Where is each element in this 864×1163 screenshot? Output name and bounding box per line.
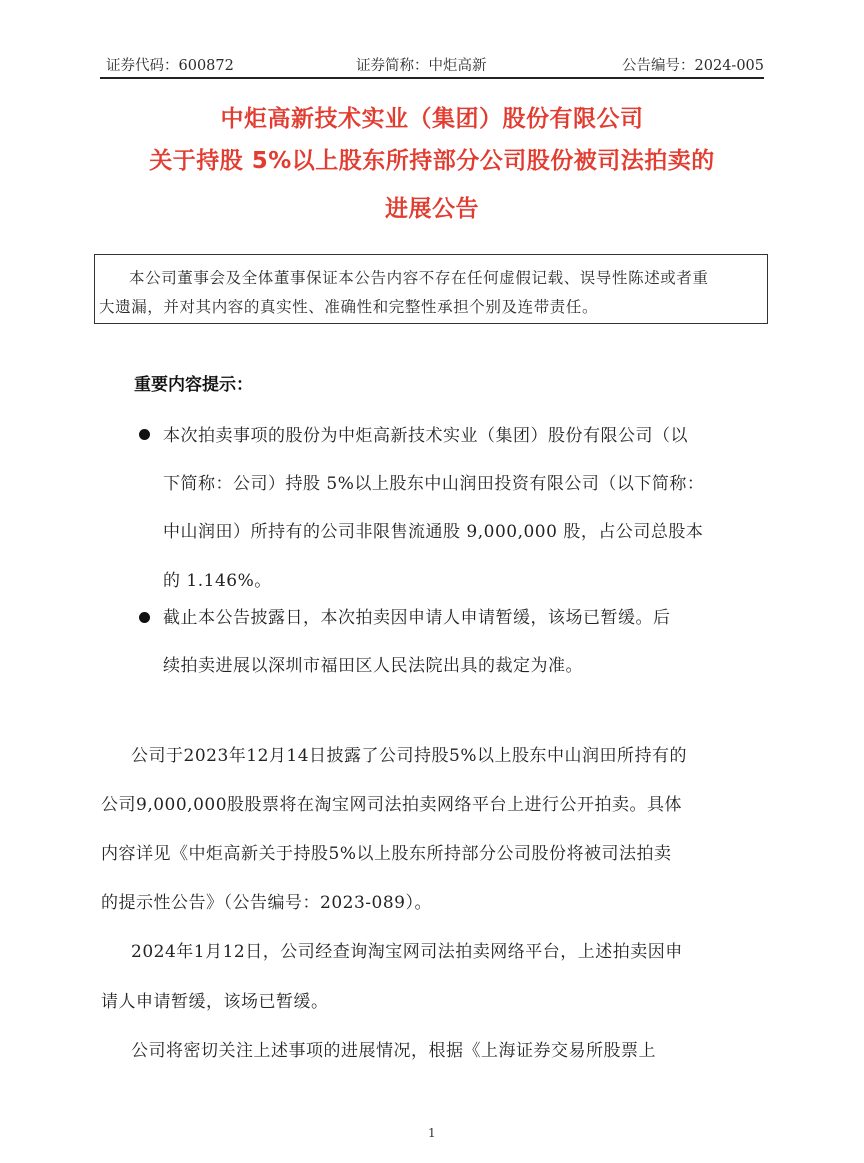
bullet-icon — [139, 612, 150, 623]
page-number: 1 — [428, 1126, 436, 1140]
key-points-heading: 重要内容提示： — [134, 370, 253, 395]
stock-code: 证券代码：600872 — [106, 54, 234, 75]
paragraph-1-line-4: 的提示性公告》（公告编号：2023-089）。 — [101, 888, 432, 913]
paragraph-1-line-3: 内容详见《中炬高新关于持股5%以上股东所持部分公司股份将被司法拍卖 — [101, 839, 671, 864]
header-divider — [100, 77, 764, 79]
bullet-icon — [139, 429, 150, 440]
bullet-1-line-3: 中山润田）所持有的公司非限售流通股 9,000,000 股，占公司总股本 — [163, 517, 703, 542]
board-statement-line-1: 本公司董事会及全体董事保证本公告内容不存在任何虚假记载、误导性陈述或者重 — [129, 266, 709, 288]
title-suffix: 进展公告 — [0, 194, 864, 224]
bullet-1-line-1: 本次拍卖事项的股份为中炬高新技术实业（集团）股份有限公司（以 — [163, 421, 688, 446]
paragraph-1-line-1: 公司于2023年12月14日披露了公司持股5%以上股东中山润田所持有的 — [131, 741, 687, 766]
paragraph-1-line-2: 公司9,000,000股股票将在淘宝网司法拍卖网络平台上进行公开拍卖。具体 — [101, 790, 682, 815]
bullet-2-line-2: 续拍卖进展以深圳市福田区人民法院出具的裁定为准。 — [163, 651, 583, 676]
announcement-number: 公告编号：2024-005 — [622, 54, 764, 75]
paragraph-2-line-2: 请人申请暂缓，该场已暂缓。 — [101, 987, 329, 1012]
stock-abbreviation: 证券简称：中炬高新 — [356, 54, 487, 75]
bullet-1-line-2: 下简称：公司）持股 5%以上股东中山润田投资有限公司（以下简称： — [163, 469, 704, 494]
board-statement-box: 本公司董事会及全体董事保证本公告内容不存在任何虚假记载、误导性陈述或者重 大遗漏… — [94, 254, 768, 324]
document-header: 证券代码：600872 证券简称：中炬高新 公告编号：2024-005 — [100, 52, 764, 76]
title-subject: 关于持股 5%以上股东所持部分公司股份被司法拍卖的 — [0, 146, 864, 176]
paragraph-2-line-1: 2024年1月12日，公司经查询淘宝网司法拍卖网络平台，上述拍卖因申 — [131, 937, 683, 962]
bullet-1-line-4: 的 1.146%。 — [163, 566, 272, 591]
bullet-2-line-1: 截止本公告披露日，本次拍卖因申请人申请暂缓，该场已暂缓。后 — [163, 603, 671, 628]
board-statement-line-2: 大遗漏，并对其内容的真实性、准确性和完整性承担个别及连带责任。 — [99, 295, 598, 317]
title-company-name: 中炬高新技术实业（集团）股份有限公司 — [0, 104, 864, 134]
paragraph-3-line-1: 公司将密切关注上述事项的进展情况，根据《上海证券交易所股票上 — [131, 1036, 656, 1061]
